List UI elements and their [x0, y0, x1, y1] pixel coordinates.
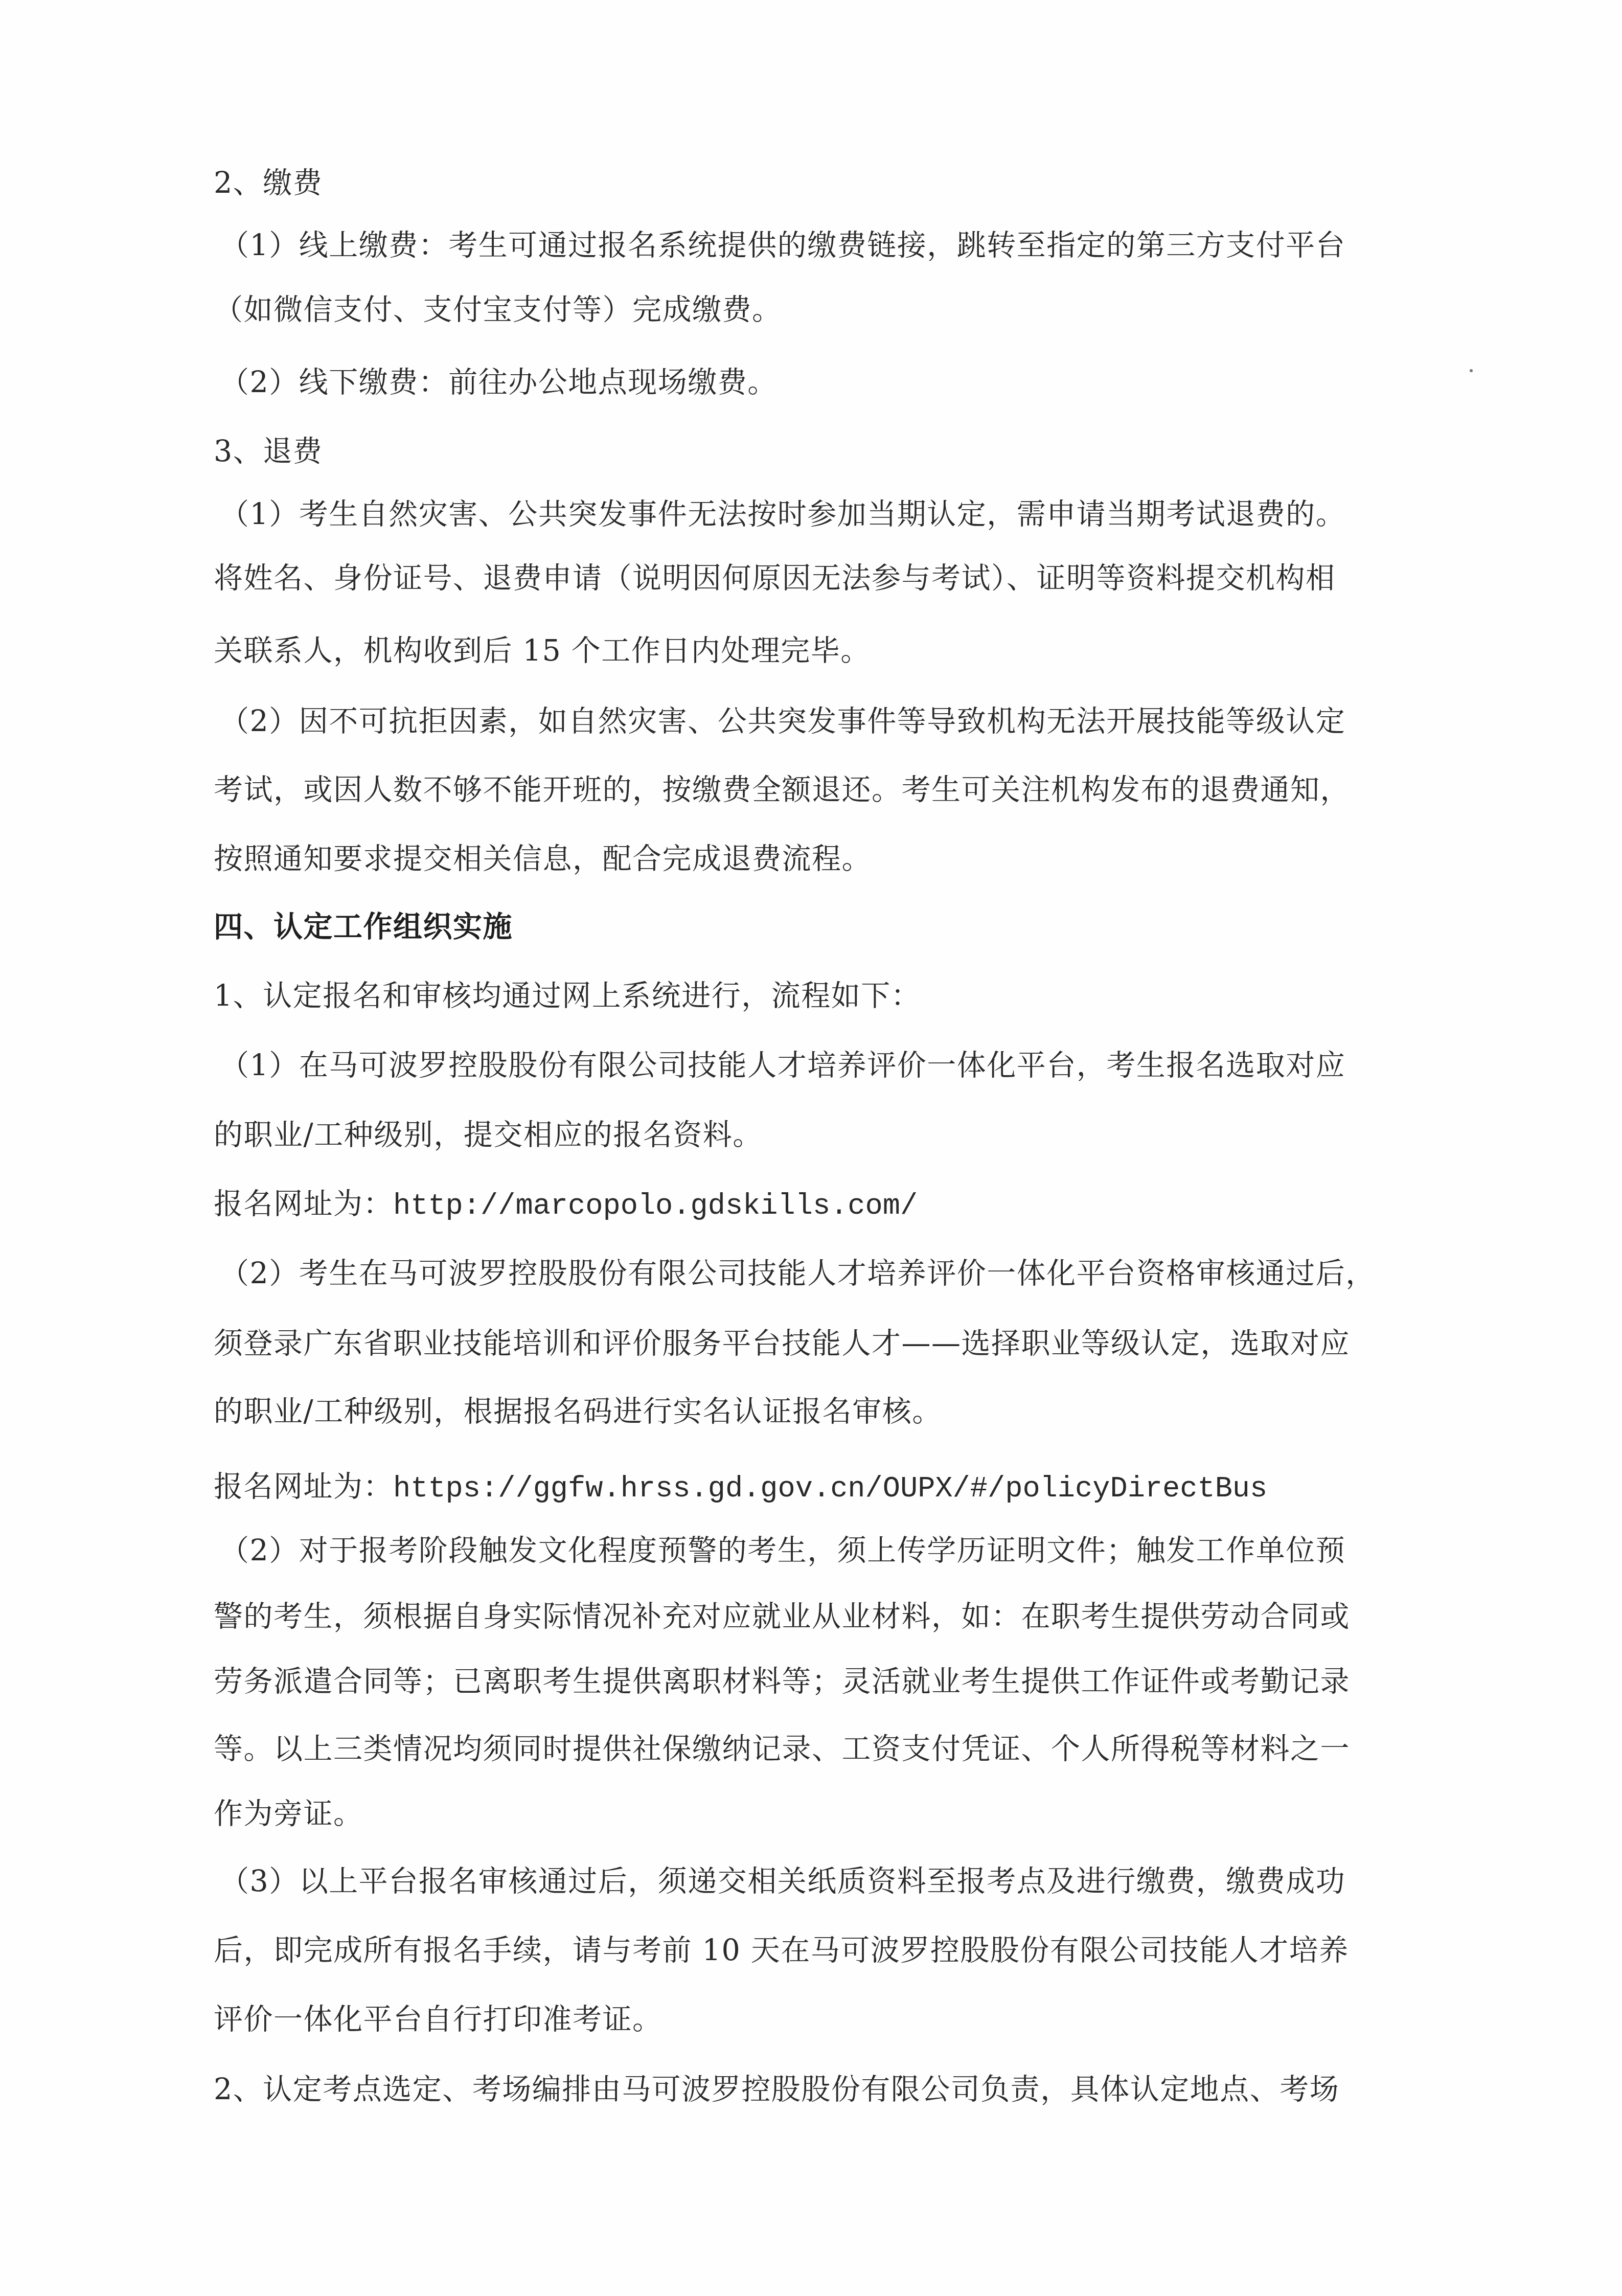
paragraph-registration-intro: 1、认定报名和审核均通过网上系统进行，流程如下： — [214, 975, 921, 1016]
registration-link-marcopolo[interactable]: http://marcopolo.gdskills.com/ — [393, 1190, 918, 1223]
url-label: 报名网址为： — [214, 1470, 393, 1504]
paragraph-refund-1-cont: 将姓名、身份证号、退费申请（说明因何原因无法参与考试）、证明等资料提交机构相 — [214, 558, 1336, 599]
subheading-refund: 3、退费 — [214, 431, 323, 472]
paragraph-refund-1-end: 关联系人，机构收到后 15 个工作日内处理完毕。 — [214, 630, 871, 671]
paragraph-refund-2-cont: 考试，或因人数不够不能开班的，按缴费全额退还。考生可关注机构发布的退费通知， — [214, 769, 1350, 810]
paragraph-warning-materials-end: 作为旁证。 — [214, 1793, 363, 1834]
paragraph-exam-site-arrangement: 2、认定考点选定、考场编排由马可波罗控股股份有限公司负责，具体认定地点、考场 — [214, 2069, 1339, 2110]
registration-url-line-1: 报名网址为：http://marcopolo.gdskills.com/ — [214, 1184, 918, 1227]
scan-speck — [1470, 369, 1473, 372]
paragraph-warning-materials: （2）对于报考阶段触发文化程度预警的考生，须上传学历证明文件；触发工作单位预 — [220, 1530, 1345, 1571]
paragraph-registration-step3: （3）以上平台报名审核通过后，须递交相关纸质资料至报考点及进行缴费，缴费成功 — [220, 1861, 1345, 1902]
paragraph-registration-step1: （1）在马可波罗控股股份有限公司技能人才培养评价一体化平台，考生报名选取对应 — [220, 1045, 1345, 1086]
paragraph-registration-step1-cont: 的职业/工种级别，提交相应的报名资料。 — [214, 1115, 763, 1155]
section-heading-organization: 四、认定工作组织实施 — [214, 906, 513, 947]
paragraph-registration-step3-end: 评价一体化平台自行打印准考证。 — [214, 1999, 662, 2040]
paragraph-refund-1: （1）考生自然灾害、公共突发事件无法按时参加当期认定，需申请当期考试退费的。 — [220, 494, 1345, 535]
paragraph-online-payment: （1）线上缴费：考生可通过报名系统提供的缴费链接，跳转至指定的第三方支付平台 — [220, 225, 1345, 266]
paragraph-refund-2: （2）因不可抗拒因素，如自然灾害、公共突发事件等导致机构无法开展技能等级认定 — [220, 701, 1345, 742]
paragraph-registration-step2-cont: 须登录广东省职业技能培训和评价服务平台技能人才——选择职业等级认定，选取对应 — [214, 1323, 1350, 1364]
registration-url-line-2: 报名网址为：https://ggfw.hrss.gd.gov.cn/OUPX/#… — [214, 1466, 1267, 1510]
scanned-document-page: 2、缴费 （1）线上缴费：考生可通过报名系统提供的缴费链接，跳转至指定的第三方支… — [0, 0, 1622, 2296]
subheading-payment: 2、缴费 — [214, 163, 323, 203]
paragraph-registration-step2-end: 的职业/工种级别，根据报名码进行实名认证报名审核。 — [214, 1391, 942, 1432]
paragraph-warning-materials-cont2: 劳务派遣合同等；已离职考生提供离职材料等；灵活就业考生提供工作证件或考勤记录 — [214, 1661, 1350, 1702]
paragraph-registration-step3-cont: 后，即完成所有报名手续，请与考前 10 天在马可波罗控股股份有限公司技能人才培养 — [214, 1930, 1349, 1971]
paragraph-offline-payment: （2）线下缴费：前往办公地点现场缴费。 — [220, 362, 778, 403]
paragraph-refund-2-end: 按照通知要求提交相关信息，配合完成退费流程。 — [214, 838, 872, 879]
paragraph-registration-step2: （2）考生在马可波罗控股股份有限公司技能人才培养评价一体化平台资格审核通过后， — [220, 1253, 1376, 1294]
paragraph-online-payment-cont: （如微信支付、支付宝支付等）完成缴费。 — [214, 289, 782, 330]
registration-link-ggfw[interactable]: https://ggfw.hrss.gd.gov.cn/OUPX/#/polic… — [393, 1473, 1267, 1506]
paragraph-warning-materials-cont1: 警的考生，须根据自身实际情况补充对应就业从业材料，如：在职考生提供劳动合同或 — [214, 1596, 1350, 1637]
paragraph-warning-materials-cont3: 等。以上三类情况均须同时提供社保缴纳记录、工资支付凭证、个人所得税等材料之一 — [214, 1729, 1350, 1769]
url-label: 报名网址为： — [214, 1187, 393, 1221]
